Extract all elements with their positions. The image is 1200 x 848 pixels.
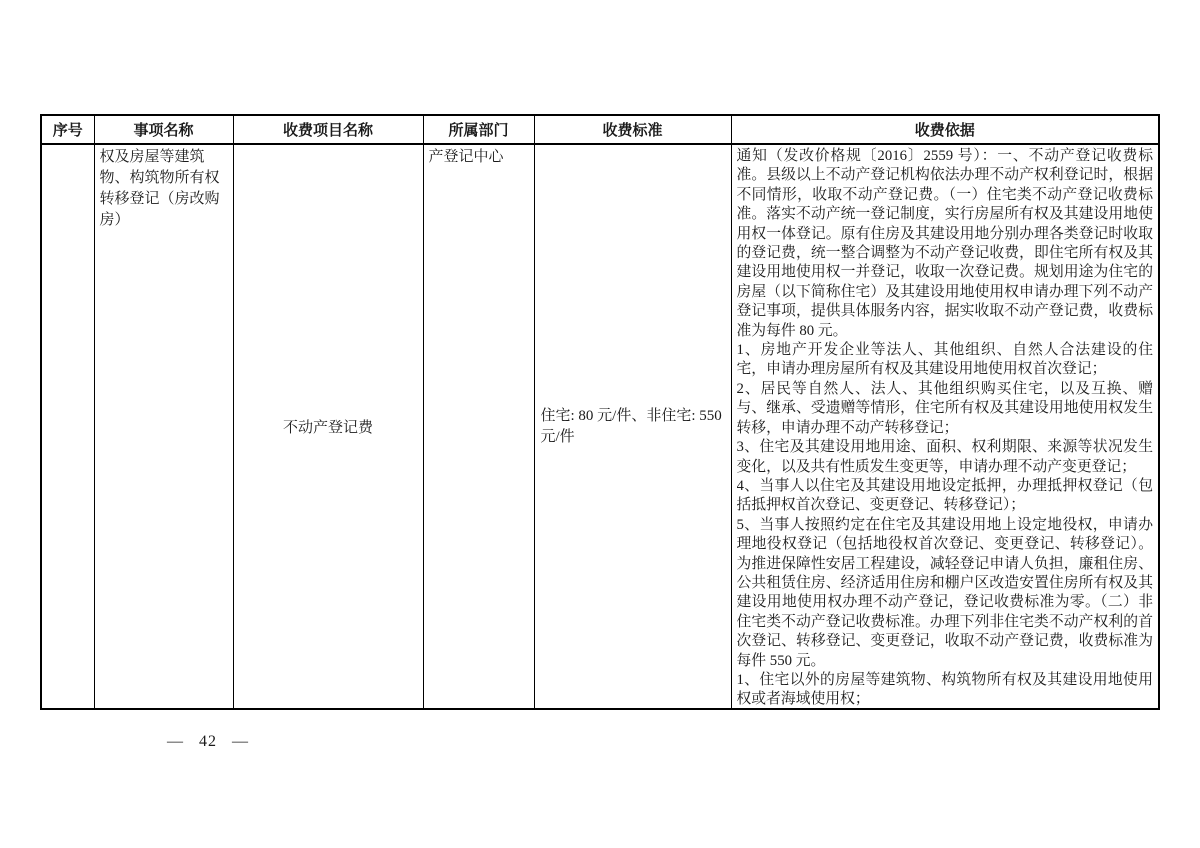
column-header-seq: 序号: [41, 115, 94, 144]
column-header-fee-standard: 收费标准: [534, 115, 731, 144]
cell-fee-standard: 住宅: 80 元/件、非住宅: 550 元/件: [534, 144, 731, 709]
cell-fee-basis: 通知（发改价格规〔2016〕2559 号）：一、不动产登记收费标准。县级以上不动…: [731, 144, 1159, 709]
column-header-department: 所属部门: [423, 115, 534, 144]
fee-schedule-table: 序号 事项名称 收费项目名称 所属部门 收费标准 收费依据 权及房屋等建筑 物、…: [40, 114, 1160, 710]
fee-basis-paragraph: 5、当事人按照约定在住宅及其建设用地上设定地役权，申请办理地役权登记（包括地役权…: [737, 516, 1154, 671]
cell-item-name: 权及房屋等建筑 物、构筑物所有权 转移登记（房改购 房）: [94, 144, 233, 709]
fee-basis-paragraph: 1、住宅以外的房屋等建筑物、构筑物所有权及其建设用地使用权或者海域使用权；: [737, 671, 1154, 706]
fee-basis-paragraph: 通知（发改价格规〔2016〕2559 号）：一、不动产登记收费标准。县级以上不动…: [737, 147, 1154, 341]
column-header-item-name: 事项名称: [94, 115, 233, 144]
table-row: 权及房屋等建筑 物、构筑物所有权 转移登记（房改购 房） 不动产登记费 产登记中…: [41, 144, 1159, 709]
fee-basis-paragraph: 4、当事人以住宅及其建设用地设定抵押，办理抵押权登记（包括抵押权首次登记、变更登…: [737, 477, 1154, 516]
column-header-fee-basis: 收费依据: [731, 115, 1159, 144]
cell-seq: [41, 144, 94, 709]
fee-basis-paragraph: 2、居民等自然人、法人、其他组织购买住宅，以及互换、赠与、继承、受遗赠等情形，住…: [737, 380, 1154, 438]
fee-basis-paragraph: 1、房地产开发企业等法人、其他组织、自然人合法建设的住宅，申请办理房屋所有权及其…: [737, 341, 1154, 380]
cell-fee-item-name: 不动产登记费: [233, 144, 423, 709]
fee-basis-paragraph: 3、住宅及其建设用地用途、面积、权利期限、来源等状况发生变化，以及共有性质发生变…: [737, 438, 1154, 477]
column-header-fee-item-name: 收费项目名称: [233, 115, 423, 144]
cell-department: 产登记中心: [423, 144, 534, 709]
page-number: — 42 —: [167, 733, 249, 751]
table-header-row: 序号 事项名称 收费项目名称 所属部门 收费标准 收费依据: [41, 115, 1159, 144]
fee-basis-text-block: 通知（发改价格规〔2016〕2559 号）：一、不动产登记收费标准。县级以上不动…: [737, 147, 1154, 706]
document-page: 序号 事项名称 收费项目名称 所属部门 收费标准 收费依据 权及房屋等建筑 物、…: [0, 0, 1200, 848]
